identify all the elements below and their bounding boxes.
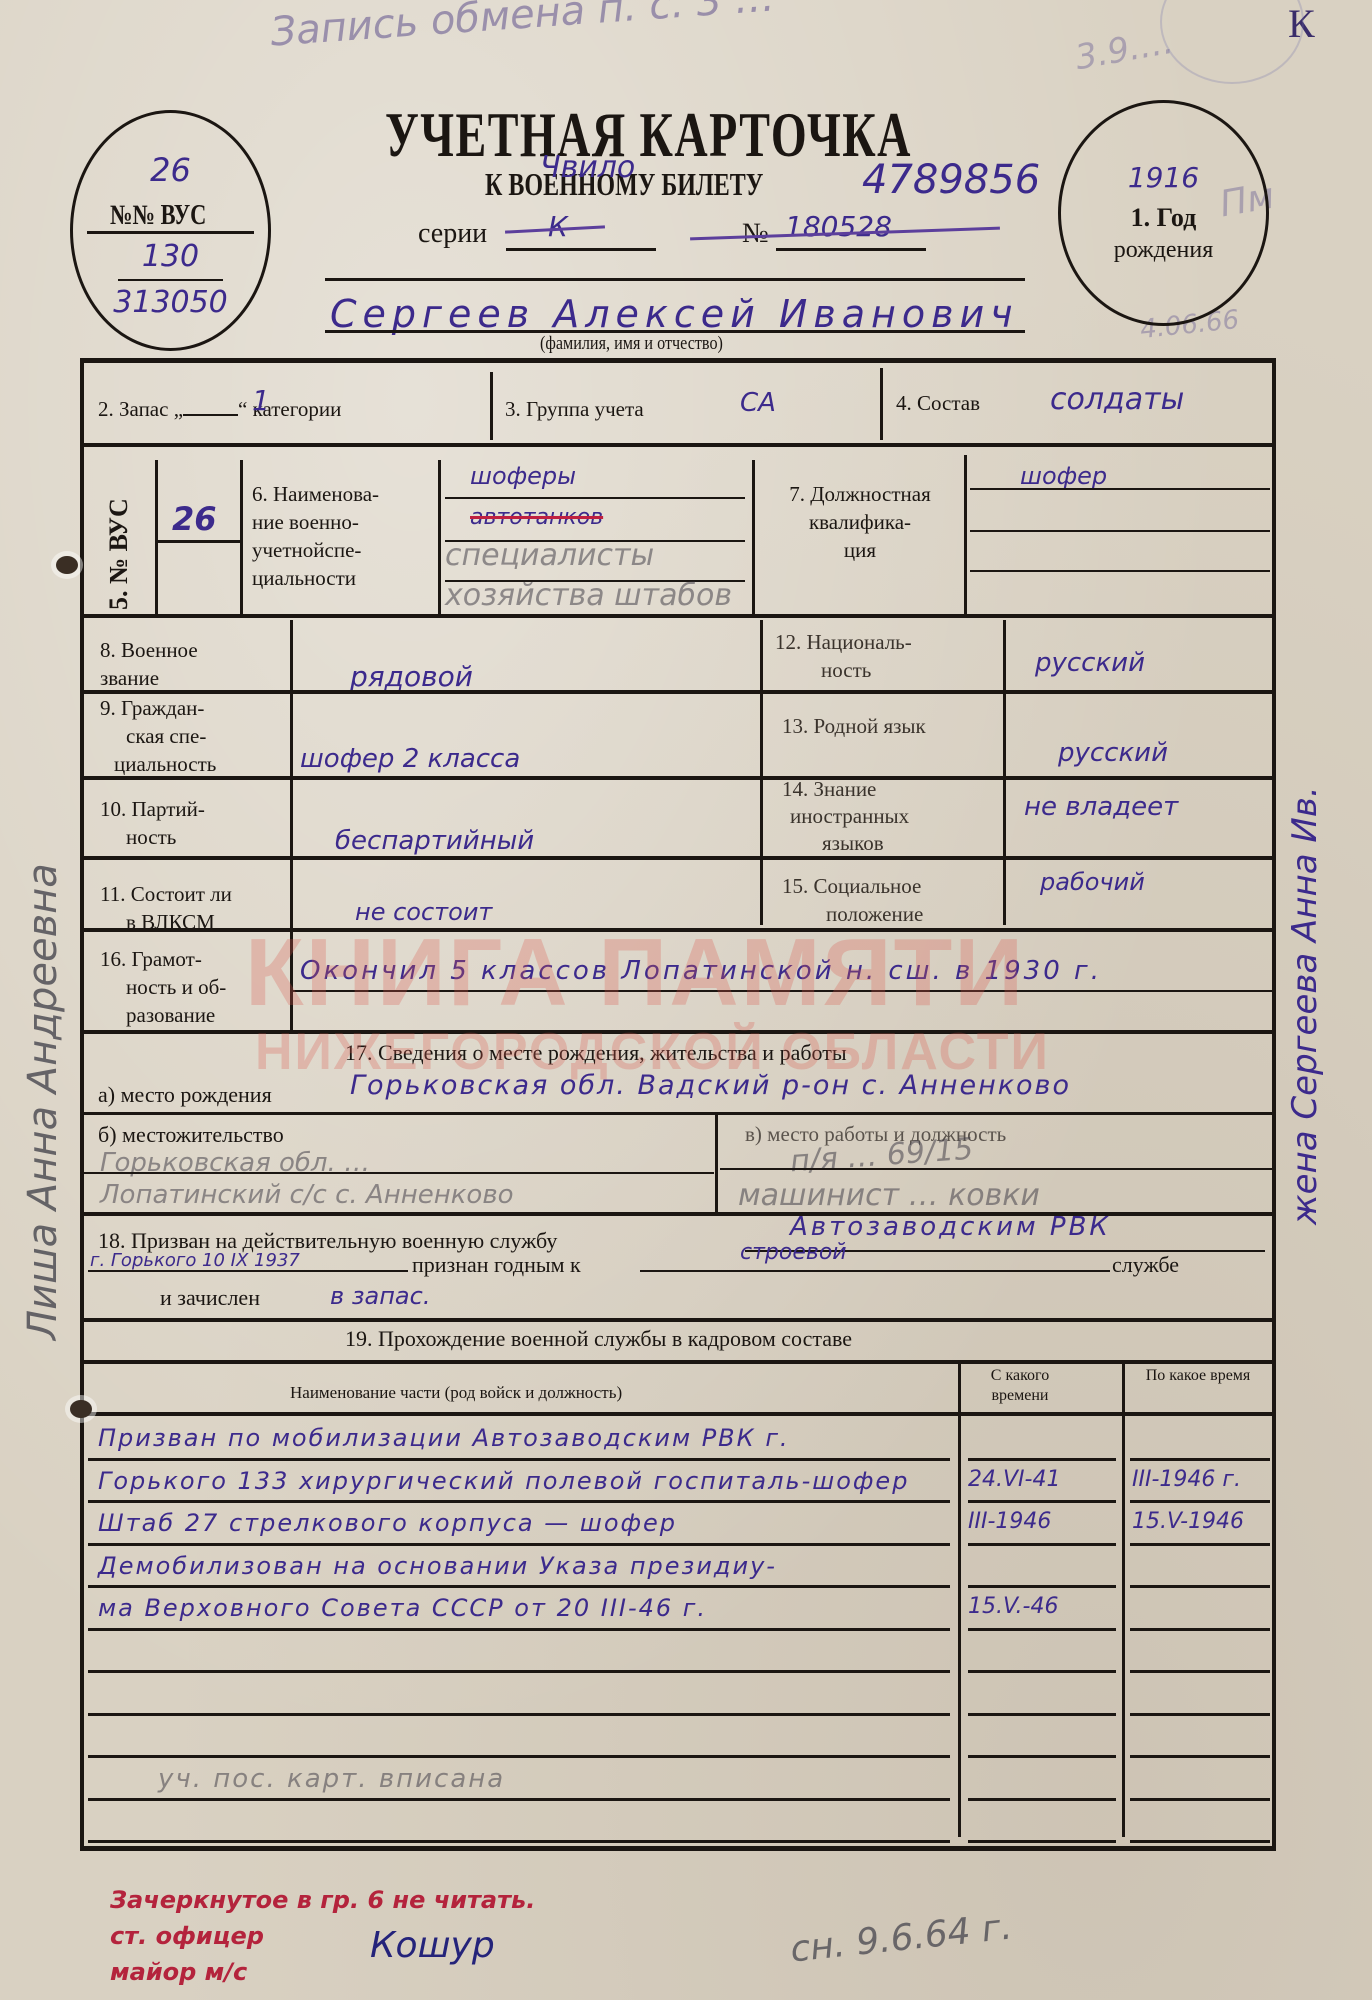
section-18-value-d: в запас. <box>330 1282 430 1310</box>
birthplace-rule <box>84 1112 1274 1115</box>
col-to-header: По какое время <box>1138 1366 1258 1386</box>
section-19-title: 19. Прохождение военной службы в кадрово… <box>345 1326 852 1352</box>
faded-stamp-date: 3.9.… <box>1072 22 1176 79</box>
footer-red-note-2: ст. офицер <box>110 1922 264 1950</box>
field-16-label: 16. Грамот-ность и об-разование <box>100 945 226 1029</box>
field-6-value-1: шоферы <box>470 462 576 490</box>
field-5-value-rule <box>158 540 240 543</box>
cell-to: III-1946 г. <box>1132 1467 1241 1492</box>
vus-circle-top-value: 26 <box>73 151 268 189</box>
table-row <box>0 1673 1372 1716</box>
field-7-label: 7. Должностнаяквалифика-ция <box>760 480 960 564</box>
field-7-rule-3 <box>970 570 1270 572</box>
footer-signature: Кошур <box>370 1925 495 1966</box>
field-4-value: солдаты <box>1050 382 1184 417</box>
field-6-label: 6. Наименова-ние военно-учетнойспе-циаль… <box>252 480 379 592</box>
ticket-number: 4789856 <box>862 157 1040 203</box>
row-1-bottom <box>84 443 1274 447</box>
field-11-value: не состоит <box>355 898 492 926</box>
series-label: серии <box>418 218 487 250</box>
field-9-value: шофер 2 класса <box>300 744 520 774</box>
field-6-value-3: специалисты <box>445 538 654 573</box>
field-8-value: рядовой <box>350 660 473 693</box>
field-6-value-2-struck: автотанков <box>470 505 603 530</box>
footer-red-note-3: майор м/с <box>110 1958 247 1986</box>
row-10-bottom <box>84 856 1274 860</box>
cell-unit: Демобилизован на основании Указа президи… <box>98 1552 777 1580</box>
table-row: ма Верховного Совета СССР от 20 III-46 г… <box>0 1588 1372 1631</box>
divider-5b <box>240 460 243 615</box>
series-underline <box>506 248 656 251</box>
field-14-label: 14. Знаниеиностранныхязыков <box>782 776 909 857</box>
divider-6 <box>438 460 441 615</box>
field-13-label: 13. Родной язык <box>782 714 926 739</box>
section-17-title: 17. Сведения о месте рождения, жительств… <box>345 1040 847 1066</box>
row-8-bottom <box>84 690 1274 694</box>
number-value: 180528 <box>785 210 892 243</box>
work-rule-1 <box>720 1168 1273 1170</box>
row-16-bottom <box>84 1030 1274 1034</box>
footer-red-note-1: Зачеркнутое в гр. 6 не читать. <box>110 1886 535 1914</box>
birth-year-circle: 1916 1. Год рождения <box>1058 100 1269 326</box>
table-row <box>0 1631 1372 1674</box>
subtitle-overwrite: Чвило <box>540 150 635 185</box>
birthplace-value: Горьковская обл. Вадский р-он с. Анненко… <box>350 1070 1071 1101</box>
table-row <box>0 1716 1372 1759</box>
field-15-value: рабочий <box>1040 868 1145 896</box>
row-9-bottom <box>84 776 1274 780</box>
divider-5a <box>155 460 158 615</box>
field-3-value: СА <box>740 388 776 418</box>
divider-mid <box>760 620 763 925</box>
row-rule <box>1130 1840 1270 1843</box>
field-6-rule-1 <box>445 497 745 499</box>
section-18-label-d: и зачислен <box>160 1285 260 1311</box>
cell-unit: уч. пос. карт. вписана <box>158 1764 505 1794</box>
vus-circle-label: №№ ВУС <box>87 201 254 234</box>
section-18-label-b: признан годным к <box>412 1252 581 1278</box>
divider-17 <box>715 1114 718 1214</box>
section-18-rule-b <box>88 1270 408 1272</box>
row-rule <box>968 1840 1116 1843</box>
punch-hole-top <box>56 556 78 574</box>
field-6-value-4: хозяйства штабов <box>445 578 732 613</box>
cell-from: 15.V.-46 <box>968 1594 1058 1619</box>
row-rule <box>88 1840 950 1843</box>
table-row: уч. пос. карт. вписана <box>0 1758 1372 1801</box>
cell-to: 15.V-1946 <box>1132 1509 1244 1534</box>
vus-circle-bottom-value: 313050 <box>73 285 268 320</box>
birth-year-label-1: 1. Год <box>1061 203 1266 233</box>
section-18-value-b: г. Горького 10 IX 1937 <box>90 1250 300 1271</box>
field-9-label: 9. Граждан-ская спе-циальность <box>100 694 216 778</box>
footer-pencil-note: сн. 9.6.64 г. <box>788 1906 1014 1970</box>
field-14-value: не владеет <box>1024 792 1178 822</box>
cell-from: III-1946 <box>968 1509 1051 1534</box>
table-bottom-border <box>80 1846 1276 1851</box>
section-18-label-c: службе <box>1112 1252 1179 1278</box>
divider-right-labels <box>1003 620 1006 925</box>
cell-unit: Призван по мобилизации Автозаводским РВК… <box>98 1424 790 1452</box>
divider-7 <box>964 455 967 615</box>
section-18-value-a: Автозаводским РВК <box>790 1212 1111 1242</box>
field-5-value: 26 <box>172 500 217 538</box>
name-caption: (фамилия, имя и отчество) <box>540 333 755 355</box>
residence-label: б) местожительство <box>98 1122 284 1148</box>
row-11-bottom <box>84 928 1274 932</box>
section-18-rule-c <box>640 1270 1110 1272</box>
cell-unit: Горького 133 хирургический полевой госпи… <box>98 1467 909 1495</box>
field-4-label: 4. Состав <box>896 390 980 416</box>
section-19-header-bottom <box>84 1412 1274 1416</box>
vus-circle: 26 №№ ВУС 130 313050 <box>70 110 271 351</box>
residence-value-2: Лопатинский с/с с. Анненково <box>100 1180 514 1210</box>
field-2-value: 1 <box>252 384 270 417</box>
row-2-bottom <box>84 614 1274 618</box>
field-7-value: шофер <box>1020 462 1107 490</box>
field-10-label: 10. Партий-ность <box>100 795 205 851</box>
field-12-value: русский <box>1035 648 1145 678</box>
birthplace-label: а) место рождения <box>98 1082 272 1108</box>
row-18-bottom <box>84 1318 1274 1322</box>
field-2-label-prefix: 2. Запас „“ категории <box>98 396 341 422</box>
birth-year-value: 1916 <box>1061 161 1266 194</box>
punch-hole-bottom <box>70 1400 92 1418</box>
residence-rule-1 <box>84 1172 714 1174</box>
field-10-value: беспартийный <box>335 826 534 856</box>
section-18-value-c: строевой <box>740 1240 847 1265</box>
table-row <box>0 1801 1372 1844</box>
section-19-header-top <box>84 1360 1274 1364</box>
table-row: Демобилизован на основании Указа президи… <box>0 1546 1372 1589</box>
cell-unit: Штаб 27 стрелкового корпуса — шофер <box>98 1509 677 1537</box>
col-unit-header: Наименование части (род войск и должност… <box>290 1383 622 1403</box>
divider-left-labels <box>290 620 293 1030</box>
field-16-value: Окончил 5 классов Лопатинской н. сш. в 1… <box>300 956 1102 986</box>
vus-circle-middle-value: 130 <box>73 239 268 274</box>
divider-2-3 <box>490 372 493 440</box>
number-underline <box>776 248 926 251</box>
top-scribble-note: Запись обмена п. с. 3 … <box>269 0 776 56</box>
cell-unit: ма Верховного Совета СССР от 20 III-46 г… <box>98 1594 707 1622</box>
divider-3-4 <box>880 368 883 440</box>
field-7-rule-1 <box>970 488 1270 490</box>
birth-year-label-2: рождения <box>1061 237 1266 264</box>
field-7-rule-2 <box>970 530 1270 532</box>
col-from-header: С какого времени <box>970 1366 1070 1406</box>
table-row: Горького 133 хирургический полевой госпи… <box>0 1461 1372 1504</box>
right-margin-note: жена Сергеева Анна Ив. <box>1285 786 1325 1225</box>
table-row: Штаб 27 стрелкового корпуса — шоферIII-1… <box>0 1503 1372 1546</box>
field-8-label: 8. Военноезвание <box>100 636 198 692</box>
table-top-border <box>80 358 1275 363</box>
table-row: Призван по мобилизации Автозаводским РВК… <box>0 1418 1372 1461</box>
field-15-label: 15. Социальноеположение <box>782 872 923 928</box>
left-margin-note: Лиша Анна Андреевна <box>20 863 66 1340</box>
field-13-value: русский <box>1058 738 1168 768</box>
field-12-label: 12. Националь-ность <box>775 628 912 684</box>
divider-6-7 <box>752 460 755 615</box>
name-top-rule <box>325 278 1025 281</box>
field-3-label: 3. Группа учета <box>505 396 644 422</box>
vus-circle-rule <box>118 279 223 281</box>
work-value-2: машинист … ковки <box>738 1178 1040 1213</box>
field-5-label: 5. № ВУС <box>104 498 134 610</box>
faded-stamp <box>1160 0 1304 84</box>
field-16-rule <box>293 990 1273 992</box>
cell-from: 24.VI-41 <box>968 1467 1060 1492</box>
